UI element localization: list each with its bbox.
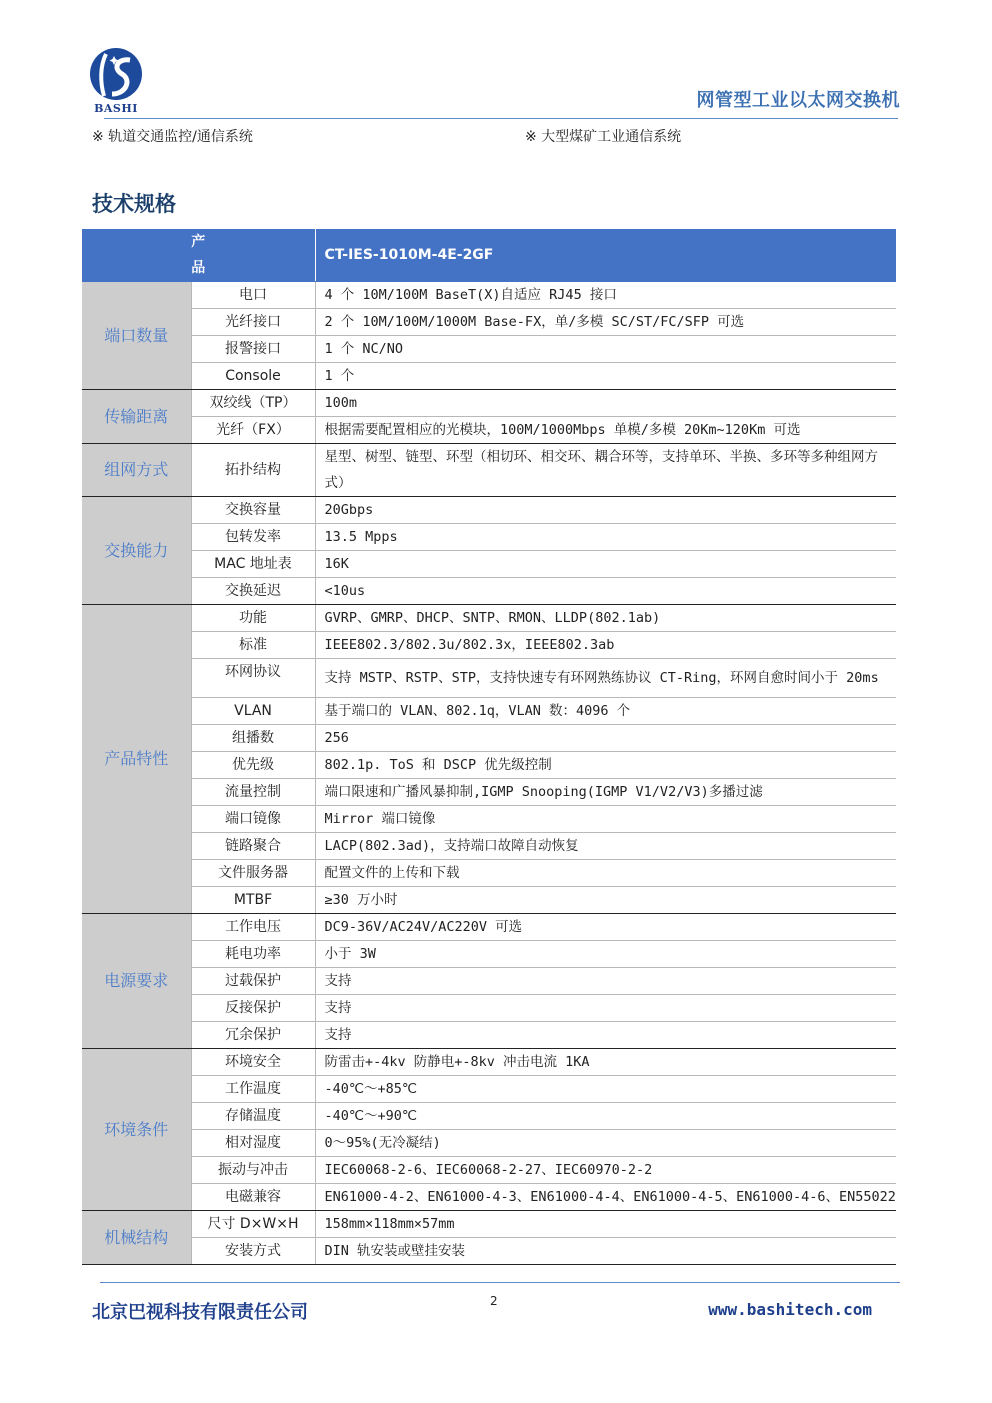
- header-product-label: 产 品: [82, 229, 315, 282]
- table-row: Console1 个: [82, 363, 896, 390]
- group-label: 组网方式: [82, 444, 191, 497]
- spec-value: DIN 轨安装或壁挂安装: [315, 1238, 896, 1265]
- spec-value: 配置文件的上传和下载: [315, 860, 896, 887]
- spec-value: IEEE802.3/802.3u/802.3x，IEEE802.3ab: [315, 632, 896, 659]
- table-header-row: 产 品 CT-IES-1010M-4E-2GF: [82, 229, 896, 282]
- group-label: 环境条件: [82, 1049, 191, 1211]
- table-row: 相对湿度0～95%(无冷凝结): [82, 1130, 896, 1157]
- spec-value: 端口限速和广播风暴抑制,IGMP Snooping(IGMP V1/V2/V3)…: [315, 779, 896, 806]
- group-label: 机械结构: [82, 1211, 191, 1265]
- spec-key: 环境安全: [191, 1049, 315, 1076]
- table-row: 流量控制端口限速和广播风暴抑制,IGMP Snooping(IGMP V1/V2…: [82, 779, 896, 806]
- footer-divider: [100, 1282, 900, 1283]
- application-item: ※ 轨道交通监控/通信系统: [92, 126, 253, 146]
- spec-value: 4 个 10M/100M BaseT(X)自适应 RJ45 接口: [315, 282, 896, 309]
- table-row: 电源要求工作电压DC9-36V/AC24V/AC220V 可选: [82, 914, 896, 941]
- spec-key: 光纤接口: [191, 309, 315, 336]
- table-row: 安装方式DIN 轨安装或壁挂安装: [82, 1238, 896, 1265]
- table-row: 报警接口1 个 NC/NO: [82, 336, 896, 363]
- spec-value: 100m: [315, 390, 896, 417]
- spec-value: 支持: [315, 968, 896, 995]
- spec-value: 2 个 10M/100M/1000M Base-FX，单/多模 SC/ST/FC…: [315, 309, 896, 336]
- table-row: VLAN基于端口的 VLAN、802.1q，VLAN 数：4096 个: [82, 698, 896, 725]
- table-row: 存储温度-40℃～+90℃: [82, 1103, 896, 1130]
- spec-table: 产 品 CT-IES-1010M-4E-2GF 端口数量电口4 个 10M/10…: [82, 229, 896, 1265]
- spec-value: <10us: [315, 578, 896, 605]
- spec-value: 16K: [315, 551, 896, 578]
- spec-key: 交换容量: [191, 497, 315, 524]
- table-row: 端口数量电口4 个 10M/100M BaseT(X)自适应 RJ45 接口: [82, 282, 896, 309]
- spec-value: LACP(802.3ad)，支持端口故障自动恢复: [315, 833, 896, 860]
- group-label: 传输距离: [82, 390, 191, 444]
- table-row: 链路聚合LACP(802.3ad)，支持端口故障自动恢复: [82, 833, 896, 860]
- spec-value: GVRP、GMRP、DHCP、SNTP、RMON、LLDP(802.1ab): [315, 605, 896, 632]
- table-row: 环境条件环境安全防雷击+-4kv 防静电+-8kv 冲击电流 1KA: [82, 1049, 896, 1076]
- group-label: 电源要求: [82, 914, 191, 1049]
- section-title: 技术规格: [92, 188, 176, 218]
- header-divider: [104, 118, 898, 119]
- spec-value: 13.5 Mpps: [315, 524, 896, 551]
- page-number: 2: [490, 1294, 498, 1308]
- company-logo: BASHI: [86, 46, 146, 118]
- table-row: 交换延迟<10us: [82, 578, 896, 605]
- spec-value: 防雷击+-4kv 防静电+-8kv 冲击电流 1KA: [315, 1049, 896, 1076]
- spec-value: 支持 MSTP、RSTP、STP，支持快速专有环网熟练协议 CT-Ring，环网…: [315, 659, 896, 698]
- spec-key: 冗余保护: [191, 1022, 315, 1049]
- group-label: 产品特性: [82, 605, 191, 914]
- bashi-logo-icon: [88, 46, 144, 102]
- spec-key: 功能: [191, 605, 315, 632]
- table-row: 标准IEEE802.3/802.3u/802.3x，IEEE802.3ab: [82, 632, 896, 659]
- table-row: 光纤（FX）根据需要配置相应的光模块，100M/1000Mbps 单模/多模 2…: [82, 417, 896, 444]
- spec-key: 优先级: [191, 752, 315, 779]
- table-row: 过载保护支持: [82, 968, 896, 995]
- table-row: 环网协议支持 MSTP、RSTP、STP，支持快速专有环网熟练协议 CT-Rin…: [82, 659, 896, 698]
- table-row: 耗电功率小于 3W: [82, 941, 896, 968]
- spec-key: 环网协议: [191, 659, 315, 698]
- spec-value: 星型、树型、链型、环型（相切环、相交环、耦合环等，支持单环、半换、多环等多种组网…: [315, 444, 896, 497]
- table-row: 交换能力交换容量20Gbps: [82, 497, 896, 524]
- spec-key: 相对湿度: [191, 1130, 315, 1157]
- spec-value: 小于 3W: [315, 941, 896, 968]
- spec-key: 光纤（FX）: [191, 417, 315, 444]
- spec-key: 电口: [191, 282, 315, 309]
- spec-key: MAC 地址表: [191, 551, 315, 578]
- spec-key: 拓扑结构: [191, 444, 315, 497]
- footer-company: 北京巴视科技有限责任公司: [92, 1298, 308, 1324]
- spec-value: ≥30 万小时: [315, 887, 896, 914]
- spec-key: 安装方式: [191, 1238, 315, 1265]
- spec-value: Mirror 端口镜像: [315, 806, 896, 833]
- spec-value: 支持: [315, 1022, 896, 1049]
- spec-value: -40℃～+90℃: [315, 1103, 896, 1130]
- header-model: CT-IES-1010M-4E-2GF: [315, 229, 896, 282]
- table-row: 组播数256: [82, 725, 896, 752]
- spec-key: 存储温度: [191, 1103, 315, 1130]
- spec-value: -40℃～+85℃: [315, 1076, 896, 1103]
- table-row: 文件服务器配置文件的上传和下载: [82, 860, 896, 887]
- logo-text: BASHI: [86, 102, 146, 115]
- spec-key: 振动与冲击: [191, 1157, 315, 1184]
- table-row: MAC 地址表16K: [82, 551, 896, 578]
- spec-key: Console: [191, 363, 315, 390]
- spec-key: 流量控制: [191, 779, 315, 806]
- spec-key: 双绞线（TP）: [191, 390, 315, 417]
- table-row: 传输距离双绞线（TP）100m: [82, 390, 896, 417]
- spec-key: 组播数: [191, 725, 315, 752]
- spec-key: 耗电功率: [191, 941, 315, 968]
- application-item: ※ 大型煤矿工业通信系统: [525, 126, 681, 146]
- table-row: 组网方式拓扑结构星型、树型、链型、环型（相切环、相交环、耦合环等，支持单环、半换…: [82, 444, 896, 497]
- table-row: 产品特性功能GVRP、GMRP、DHCP、SNTP、RMON、LLDP(802.…: [82, 605, 896, 632]
- group-label: 交换能力: [82, 497, 191, 605]
- spec-key: MTBF: [191, 887, 315, 914]
- spec-key: 工作电压: [191, 914, 315, 941]
- spec-value: 支持: [315, 995, 896, 1022]
- table-row: 端口镜像Mirror 端口镜像: [82, 806, 896, 833]
- spec-value: 20Gbps: [315, 497, 896, 524]
- spec-value: DC9-36V/AC24V/AC220V 可选: [315, 914, 896, 941]
- spec-key: VLAN: [191, 698, 315, 725]
- spec-value: 根据需要配置相应的光模块，100M/1000Mbps 单模/多模 20Km~12…: [315, 417, 896, 444]
- table-row: 光纤接口2 个 10M/100M/1000M Base-FX，单/多模 SC/S…: [82, 309, 896, 336]
- group-label: 端口数量: [82, 282, 191, 390]
- spec-value: IEC60068-2-6、IEC60068-2-27、IEC60970-2-2: [315, 1157, 896, 1184]
- spec-key: 端口镜像: [191, 806, 315, 833]
- table-row: 振动与冲击IEC60068-2-6、IEC60068-2-27、IEC60970…: [82, 1157, 896, 1184]
- table-row: 机械结构尺寸 D×W×H158mm×118mm×57mm: [82, 1211, 896, 1238]
- spec-key: 尺寸 D×W×H: [191, 1211, 315, 1238]
- spec-key: 链路聚合: [191, 833, 315, 860]
- spec-key: 标准: [191, 632, 315, 659]
- spec-key: 包转发率: [191, 524, 315, 551]
- spec-value: 256: [315, 725, 896, 752]
- spec-value: 0～95%(无冷凝结): [315, 1130, 896, 1157]
- spec-key: 工作温度: [191, 1076, 315, 1103]
- table-row: 反接保护支持: [82, 995, 896, 1022]
- spec-key: 报警接口: [191, 336, 315, 363]
- spec-key: 反接保护: [191, 995, 315, 1022]
- spec-key: 交换延迟: [191, 578, 315, 605]
- table-row: 包转发率13.5 Mpps: [82, 524, 896, 551]
- spec-key: 电磁兼容: [191, 1184, 315, 1211]
- table-row: 电磁兼容EN61000-4-2、EN61000-4-3、EN61000-4-4、…: [82, 1184, 896, 1211]
- document-title: 网管型工业以太网交换机: [697, 86, 901, 112]
- table-row: 冗余保护支持: [82, 1022, 896, 1049]
- spec-value: 158mm×118mm×57mm: [315, 1211, 896, 1238]
- table-row: 优先级802.1p. ToS 和 DSCP 优先级控制: [82, 752, 896, 779]
- table-row: MTBF≥30 万小时: [82, 887, 896, 914]
- spec-value: 802.1p. ToS 和 DSCP 优先级控制: [315, 752, 896, 779]
- spec-key: 文件服务器: [191, 860, 315, 887]
- spec-value: 1 个: [315, 363, 896, 390]
- footer-website: www.bashitech.com: [708, 1300, 872, 1319]
- spec-key: 过载保护: [191, 968, 315, 995]
- spec-value: 1 个 NC/NO: [315, 336, 896, 363]
- spec-value: 基于端口的 VLAN、802.1q，VLAN 数：4096 个: [315, 698, 896, 725]
- spec-value: EN61000-4-2、EN61000-4-3、EN61000-4-4、EN61…: [315, 1184, 896, 1211]
- table-row: 工作温度-40℃～+85℃: [82, 1076, 896, 1103]
